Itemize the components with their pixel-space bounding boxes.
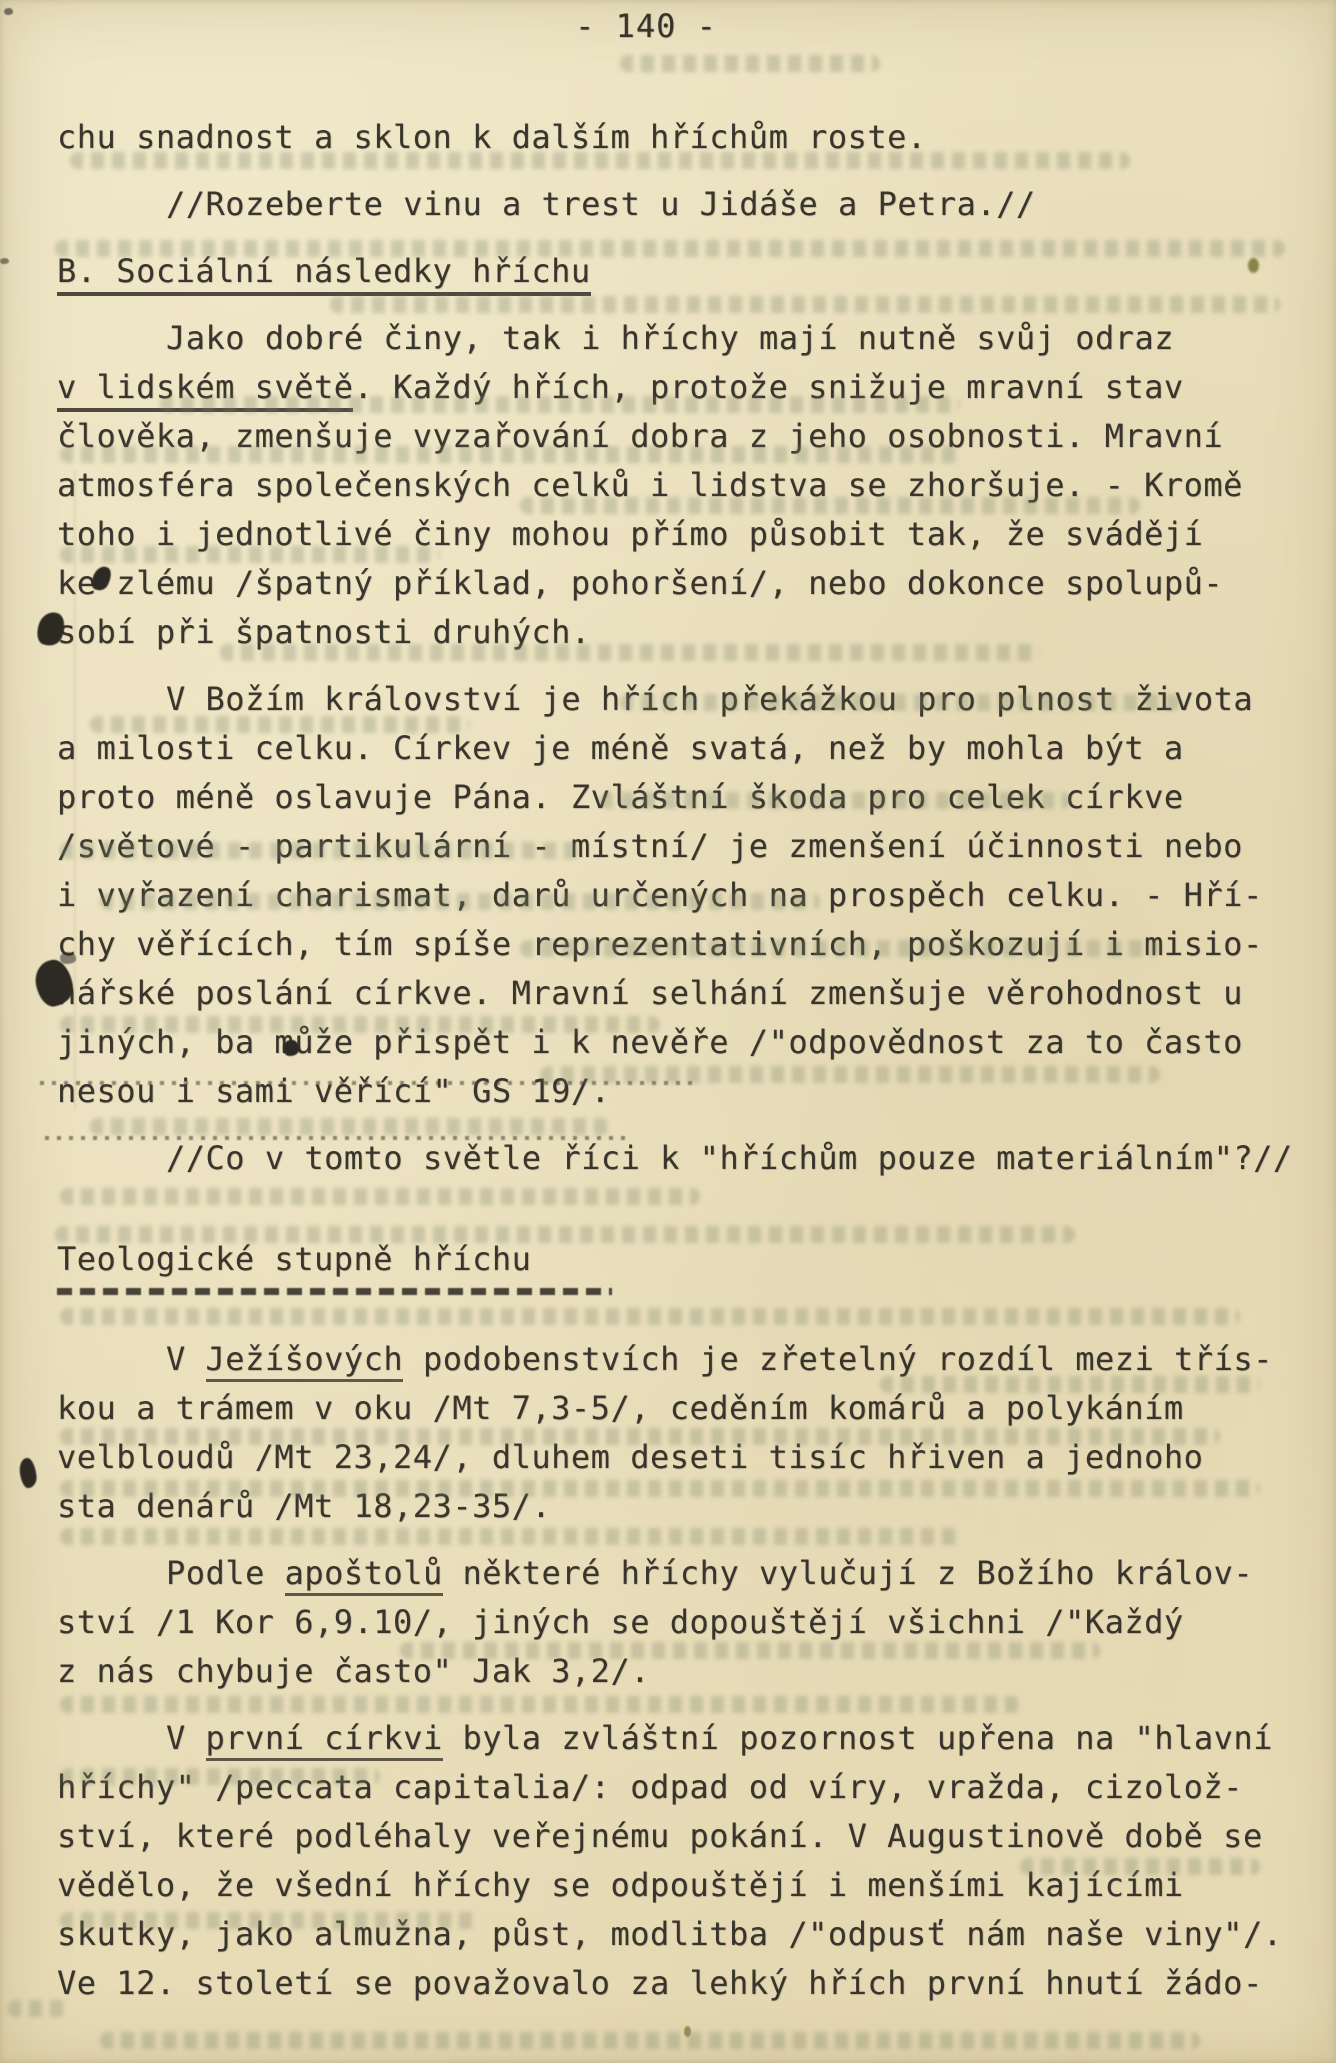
typed-text: i vyřazení charismat, darů určených na p… xyxy=(57,876,1263,914)
typed-text: . Každý hřích, protože snižuje mravní st… xyxy=(353,368,1183,406)
typed-text: jiných, ba může přispět i k nevěře /"odp… xyxy=(57,1023,1243,1061)
text-line: sta denárů /Mt 18,23-35/. xyxy=(57,1482,1297,1531)
paper-stain xyxy=(684,2026,691,2037)
typed-text: a milosti celku. Církev je méně svatá, n… xyxy=(57,729,1184,767)
text-line: chy věřících, tím spíše reprezentativníc… xyxy=(57,920,1297,969)
text-line: vědělo, že všední hříchy se odpouštějí i… xyxy=(57,1861,1297,1910)
typed-text: V xyxy=(166,1719,206,1757)
typed-text: Jako dobré činy, tak i hříchy mají nutně… xyxy=(166,319,1174,357)
paper-stain xyxy=(1248,258,1259,273)
typed-text: ke zlému /špatný příklad, pohoršení/, ne… xyxy=(57,564,1223,602)
text-line: sobí při špatnosti druhých. xyxy=(57,608,1297,657)
typed-text: ství /1 Kor 6,9.10/, jiných se dopouštěj… xyxy=(57,1603,1184,1641)
typed-text: //Rozeberte vinu a trest u Jidáše a Petr… xyxy=(166,185,1036,223)
typed-text: ství, které podléhaly veřejnému pokání. … xyxy=(57,1817,1263,1855)
typed-text: V Božím království je hřích překážkou pr… xyxy=(166,680,1253,718)
typed-text: podobenstvích je zřetelný rozdíl mezi tř… xyxy=(403,1340,1273,1378)
typed-text: atmosféra společenských celků i lidstva … xyxy=(57,466,1243,504)
underlined-text: v lidském světě xyxy=(57,368,353,412)
faint-dotted-rule xyxy=(45,1136,625,1140)
typewritten-document-page: - 140 - chu snadnost a sklon k dalším hř… xyxy=(0,0,1336,2063)
dashed-rule xyxy=(57,1288,612,1295)
bleed-through-mark xyxy=(620,55,880,72)
text-line: V Ježíšových podobenstvích je zřetelný r… xyxy=(57,1335,1297,1384)
text-line: Jako dobré činy, tak i hříchy mají nutně… xyxy=(57,314,1297,363)
typed-text: kou a trámem v oku /Mt 7,3-5/, ceděním k… xyxy=(57,1389,1184,1427)
typed-text: chu snadnost a sklon k dalším hříchům ro… xyxy=(57,118,927,156)
text-line: ství /1 Kor 6,9.10/, jiných se dopouštěj… xyxy=(57,1598,1297,1647)
ink-blot xyxy=(18,1457,38,1489)
typed-text: //Co v tomto světle říci k "hříchům pouz… xyxy=(166,1139,1293,1177)
ink-blot xyxy=(4,8,13,15)
typed-text: Teologické stupně hříchu xyxy=(57,1240,531,1278)
typed-text: některé hříchy vylučují z Božího králov- xyxy=(443,1554,1253,1592)
typed-text: člověka, zmenšuje vyzařování dobra z jeh… xyxy=(57,417,1223,455)
text-line: /světové - partikulární - místní/ je zme… xyxy=(57,822,1297,871)
faint-dotted-rule xyxy=(40,1081,700,1085)
text-line: ství, které podléhaly veřejnému pokání. … xyxy=(57,1812,1297,1861)
ink-blot xyxy=(60,952,76,964)
text-line: skutky, jako almužna, půst, modlitba /"o… xyxy=(57,1910,1297,1959)
underlined-text: B. Sociální následky hříchu xyxy=(57,252,591,296)
text-line: chu snadnost a sklon k dalším hříchům ro… xyxy=(57,113,1297,162)
text-column: chu snadnost a sklon k dalším hříchům ro… xyxy=(57,113,1297,2008)
text-line: //Co v tomto světle říci k "hříchům pouz… xyxy=(57,1134,1297,1183)
typed-text: velbloudů /Mt 23,24/, dluhem deseti tisí… xyxy=(57,1438,1203,1476)
text-line: a milosti celku. Církev je méně svatá, n… xyxy=(57,724,1297,773)
section-heading: Teologické stupně hříchu xyxy=(57,1235,1297,1284)
text-line: nářské poslání církve. Mravní selhání zm… xyxy=(57,969,1297,1018)
text-line: V první církvi byla zvláštní pozornost u… xyxy=(57,1714,1297,1763)
text-line: z nás chybuje často" Jak 3,2/. xyxy=(57,1647,1297,1696)
underlined-text: apoštolů xyxy=(285,1554,443,1596)
text-line: //Rozeberte vinu a trest u Jidáše a Petr… xyxy=(57,180,1297,229)
text-line: Podle apoštolů některé hříchy vylučují z… xyxy=(57,1549,1297,1598)
typed-text: /světové - partikulární - místní/ je zme… xyxy=(57,827,1243,865)
ink-blot xyxy=(0,258,9,264)
typed-text: sobí při špatnosti druhých. xyxy=(57,613,591,651)
section-heading: B. Sociální následky hříchu xyxy=(57,247,1297,296)
typed-text: byla zvláštní pozornost upřena na "hlavn… xyxy=(443,1719,1273,1757)
underlined-text: první církvi xyxy=(206,1719,443,1761)
typed-text: vědělo, že všední hříchy se odpouštějí i… xyxy=(57,1866,1184,1904)
typed-text: Ve 12. století se považovalo za lehký hř… xyxy=(57,1964,1263,2002)
text-line: jiných, ba může přispět i k nevěře /"odp… xyxy=(57,1018,1297,1067)
text-line: člověka, zmenšuje vyzařování dobra z jeh… xyxy=(57,412,1297,461)
typed-text: nářské poslání církve. Mravní selhání zm… xyxy=(57,974,1243,1012)
text-line: kou a trámem v oku /Mt 7,3-5/, ceděním k… xyxy=(57,1384,1297,1433)
page-number: - 140 - xyxy=(0,10,1314,42)
text-line: velbloudů /Mt 23,24/, dluhem deseti tisí… xyxy=(57,1433,1297,1482)
text-line: i vyřazení charismat, darů určených na p… xyxy=(57,871,1297,920)
typed-text: proto méně oslavuje Pána. Zvláštní škoda… xyxy=(57,778,1184,816)
typed-text: toho i jednotlivé činy mohou přímo působ… xyxy=(57,515,1203,553)
underlined-text: Ježíšových xyxy=(206,1340,404,1382)
typed-text: sta denárů /Mt 18,23-35/. xyxy=(57,1487,551,1525)
typed-text: nesou i sami věřící" GS 19/. xyxy=(57,1072,610,1110)
text-line: proto méně oslavuje Pána. Zvláštní škoda… xyxy=(57,773,1297,822)
text-line: Ve 12. století se považovalo za lehký hř… xyxy=(57,1959,1297,2008)
text-line: toho i jednotlivé činy mohou přímo působ… xyxy=(57,510,1297,559)
text-line: v lidském světě. Každý hřích, protože sn… xyxy=(57,363,1297,412)
ink-blot xyxy=(283,1040,299,1056)
text-line: V Božím království je hřích překážkou pr… xyxy=(57,675,1297,724)
typed-text: V xyxy=(166,1340,206,1378)
typed-text: chy věřících, tím spíše reprezentativníc… xyxy=(57,925,1263,963)
paper-crease xyxy=(74,470,76,1110)
text-line: atmosféra společenských celků i lidstva … xyxy=(57,461,1297,510)
text-line: nesou i sami věřící" GS 19/. xyxy=(57,1067,1297,1116)
bleed-through-mark xyxy=(100,2032,1200,2049)
typed-text: skutky, jako almužna, půst, modlitba /"o… xyxy=(57,1915,1282,1953)
typed-text: hříchy" /peccata capitalia/: odpad od ví… xyxy=(57,1768,1243,1806)
typed-text: z nás chybuje často" Jak 3,2/. xyxy=(57,1652,650,1690)
text-line: hříchy" /peccata capitalia/: odpad od ví… xyxy=(57,1763,1297,1812)
typed-text: Podle xyxy=(166,1554,285,1592)
text-line: ke zlému /špatný příklad, pohoršení/, ne… xyxy=(57,559,1297,608)
